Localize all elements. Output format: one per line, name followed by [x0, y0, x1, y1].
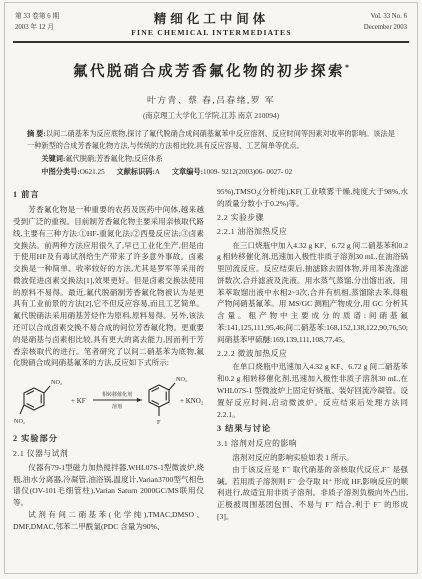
issue-volume: 第 33 卷第 6 期 — [15, 12, 59, 23]
volume-number: Vol. 33 No. 6 — [364, 12, 407, 23]
subsection-heading-solvent: 3.1 溶剂对反应的影响 — [217, 438, 408, 450]
volume-info: Vol. 33 No. 6 December 2003 — [364, 12, 407, 33]
title-footnote-marker: * — [345, 63, 349, 72]
authors: 叶方青、蔡 春,吕春绪,罗 军 — [13, 93, 409, 106]
issue-date: 2003 年 12 月 — [15, 23, 59, 34]
reaction-scheme-figure: NO₂ NO₂ + KF 相转移催化剂 溶剂 — [13, 372, 204, 430]
abstract-label: 摘 要: — [27, 130, 46, 138]
reactant-no2-top: NO₂ — [51, 379, 62, 386]
clc-label: 中图分类号: — [41, 168, 79, 176]
instruments-paragraph: 仪器有79-1型磁力加热搅拌器,WHL07S-1型微波炉,烧瓶,油水分离器,冷凝… — [13, 462, 204, 509]
left-column: 1 前言 芳香氟化物是一种重要的农药及医药中间体,越来越受到广泛的重视。目前制芳… — [13, 186, 204, 532]
right-column: 95%),TMSO₂(分析纯),KF(工业喷雾干燥,纯度大于98%,水的质量分数… — [217, 186, 408, 532]
reaction-arrowhead — [137, 398, 142, 402]
reagents-paragraph: 试剂有间二硝基苯(化学纯),TMAC,DMSO、DMF,DMAC,邻苯二甲酰氯(… — [13, 509, 204, 533]
keywords-line: 关键词:氟代脱硝;芳香氟化物;反应体系 — [27, 154, 395, 164]
journal-page: 第 33 卷第 6 期 2003 年 12 月 精细化工中间体 FINE CHE… — [0, 0, 422, 579]
product-no2-top: NO₂ — [176, 376, 187, 383]
issue-info: 第 33 卷第 6 期 2003 年 12 月 — [15, 12, 59, 33]
article-title: 氟代脱硝合成芳香氟化物的初步探索* — [13, 60, 409, 81]
microwave-paragraph: 在单口烧瓶中迅速加入4.32 g KF、6.72 g 间二硝基苯和0.2 g 相… — [217, 361, 408, 420]
affiliation: (南京理工大学化工学院,江苏 南京 210094) — [13, 110, 409, 121]
journal-name-en: FINE CHEMICAL INTERMEDIATES — [131, 28, 292, 37]
arrow-label-solvent: 溶剂 — [112, 403, 122, 410]
reactant-ring — [20, 386, 50, 414]
article-id-label: 文章编号: — [172, 168, 203, 176]
keywords-label: 关键词: — [41, 155, 65, 163]
arrow-label-catalyst: 相转移催化剂 — [102, 391, 132, 398]
reactant-no2-bottom: NO₂ — [14, 418, 25, 425]
subsection-heading-oilbath: 2.2.1 油浴加热反应 — [217, 226, 408, 238]
oilbath-paragraph: 在三口烧瓶中加入4.32 g KF、6.72 g 间二硝基苯和0.2 g 相转移… — [217, 240, 408, 346]
subsection-heading-procedure: 2.2 实验步骤 — [217, 212, 408, 224]
abstract: 摘 要:以间二硝基苯为反应底物,探讨了氟代脱硝合成间硝基氟苯中反应溶剂、反应时间… — [27, 129, 395, 152]
plus-kf: + KF — [71, 397, 86, 405]
subsection-heading-microwave: 2.2.2 微波加热反应 — [217, 348, 408, 360]
journal-name: 精细化工中间体 FINE CHEMICAL INTERMEDIATES — [131, 9, 292, 37]
article-meta-line: 中图分类号:O621.25 文献标识码:A 文章编号:1009- 9212(20… — [27, 167, 395, 177]
keywords-text: 氟代脱硝;芳香氟化物;反应体系 — [65, 155, 162, 163]
clc-value: O621.25 — [80, 168, 105, 176]
volume-date: December 2003 — [364, 23, 407, 34]
section-heading-intro: 1 前言 — [13, 189, 204, 201]
solvent-discussion-paragraph: 由于该反应是 F⁻ 取代硝基的亲核取代反应,F⁻ 是强碱。若用质子溶剂则 F⁻ … — [217, 464, 408, 523]
section-heading-results: 3 结果与讨论 — [217, 423, 408, 435]
journal-header: 第 33 卷第 6 期 2003 年 12 月 精细化工中间体 FINE CHE… — [13, 6, 409, 43]
abstract-text: 以间二硝基苯为反应底物,探讨了氟代脱硝合成间硝基氟苯中反应溶剂、反应时间等因素对… — [27, 130, 395, 150]
reaction-scheme: NO₂ NO₂ + KF 相转移催化剂 溶剂 — [13, 372, 204, 430]
article-body: 1 前言 芳香氟化物是一种重要的农药及医药中间体,越来越受到广泛的重视。目前制芳… — [13, 186, 409, 532]
subsection-heading-instruments: 2.1 仪器与试剂 — [13, 448, 204, 460]
article-id-value: 1009- 9212(2003)06- 0027- 02 — [203, 168, 292, 176]
product-ring — [149, 383, 175, 416]
intro-paragraph: 芳香氟化物是一种重要的农药及医药中间体,越来越受到广泛的重视。目前制芳香氟化物主… — [13, 204, 204, 369]
doc-code-value: A — [155, 168, 160, 176]
product-f-bottom: F — [157, 419, 161, 426]
reagents-paragraph-continued: 95%),TMSO₂(分析纯),KF(工业喷雾干燥,纯度大于98%,水的质量分数… — [217, 186, 408, 210]
section-heading-experimental: 2 实验部分 — [13, 433, 204, 445]
solvent-intro-paragraph: 溶剂对反应的影响实验如表 1 所示。 — [217, 452, 408, 464]
journal-name-cn: 精细化工中间体 — [131, 9, 292, 27]
plus-kno2: + KNO₂ — [180, 397, 204, 405]
doc-code-label: 文献标识码: — [117, 168, 155, 176]
